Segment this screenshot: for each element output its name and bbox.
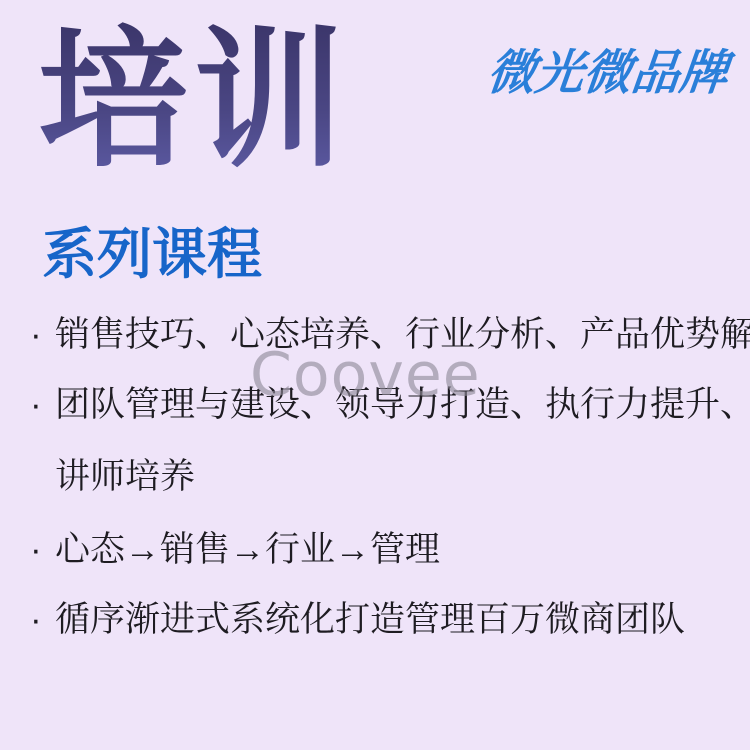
course-item: · 心态→销售→行业→管理 [30, 528, 440, 572]
bullet-dot: · [30, 383, 55, 427]
bullet-dot: · [30, 313, 55, 357]
course-item-continuation: 讲师培养 [30, 455, 195, 499]
bullet-dot: · [30, 528, 55, 572]
training-poster: 培训 微光微品牌 系列课程 · 销售技巧、心态培养、行业分析、产品优势解读 · … [0, 0, 750, 750]
course-item: · 销售技巧、心态培养、行业分析、产品优势解读 [30, 313, 750, 357]
course-item-text: 讲师培养 [55, 455, 195, 499]
page-title: 培训 [38, 14, 350, 187]
course-item-text: 心态→销售→行业→管理 [55, 528, 440, 572]
subtitle: 系列课程 [42, 210, 262, 289]
bullet-dot: · [30, 598, 55, 642]
course-item: · 循序渐进式系统化打造管理百万微商团队 [30, 598, 685, 642]
course-item: · 团队管理与建设、领导力打造、执行力提升、 [30, 383, 750, 427]
course-item-text: 循序渐进式系统化打造管理百万微商团队 [55, 598, 685, 642]
course-item-text: 销售技巧、心态培养、行业分析、产品优势解读 [55, 313, 750, 357]
brand-logo: 微光微品牌 [484, 34, 731, 103]
course-item-text: 团队管理与建设、领导力打造、执行力提升、 [55, 383, 750, 427]
